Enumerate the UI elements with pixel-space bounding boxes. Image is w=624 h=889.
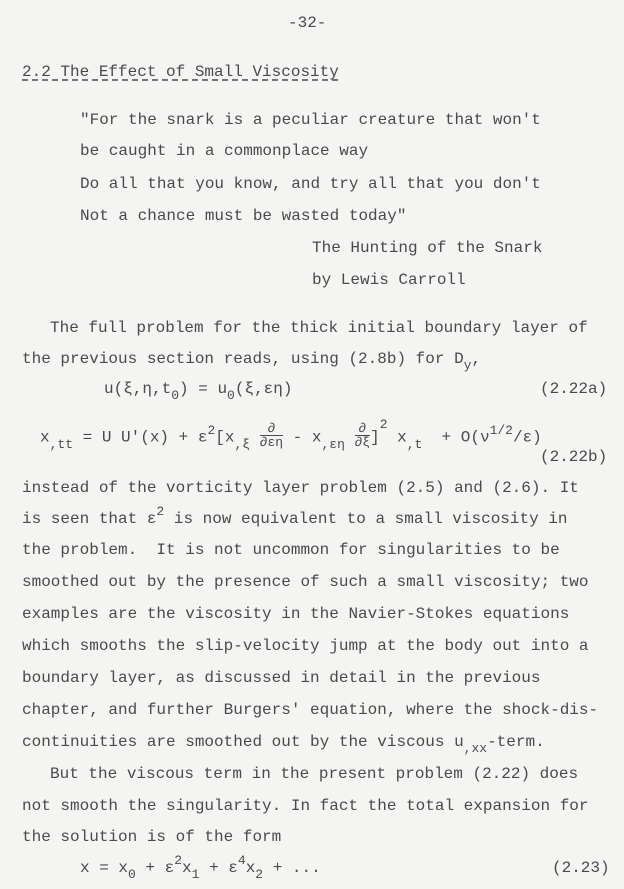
equation-body: x = x0 + ε2x1 + ε4x2 + ... xyxy=(80,858,321,878)
subscript: 0 xyxy=(171,388,179,403)
subscript: ,t xyxy=(407,437,423,452)
fraction-numerator: ∂ xyxy=(355,422,371,436)
text-span: continuities are smoothed out by the vis… xyxy=(22,733,464,751)
text-span: is seen that ε xyxy=(22,510,156,528)
epigraph-attribution-title: The Hunting of the Snark xyxy=(312,238,542,258)
eq-part: ) = u xyxy=(179,380,227,398)
text-line: The full problem for the thick initial b… xyxy=(50,318,588,338)
eq-part: + ε xyxy=(136,859,174,877)
subscript: ,xx xyxy=(464,741,487,756)
text-line: instead of the vorticity layer problem (… xyxy=(22,478,579,498)
subscript: ,εη xyxy=(321,437,344,452)
epigraph-attribution-author: by Lewis Carroll xyxy=(312,270,466,290)
document-page: -32- 2.2 The Effect of Small Viscosity "… xyxy=(0,0,624,889)
epigraph-line: Do all that you know, and try all that y… xyxy=(80,174,541,194)
subscript: ,ξ xyxy=(234,437,250,452)
page-number: -32- xyxy=(288,13,326,33)
superscript: 2 xyxy=(156,504,164,519)
eq-part: x xyxy=(182,859,192,877)
text-line: which smooths the slip-velocity jump at … xyxy=(22,636,589,656)
section-heading: 2.2 The Effect of Small Viscosity xyxy=(22,62,339,82)
eq-part: /ε) xyxy=(513,429,542,447)
epigraph-line: "For the snark is a peculiar creature th… xyxy=(80,110,541,130)
subscript: y xyxy=(464,358,472,373)
eq-part: + ... xyxy=(263,859,321,877)
equation-label: (2.23) xyxy=(552,858,610,878)
text-line: examples are the viscosity in the Navier… xyxy=(22,604,569,624)
subscript: 2 xyxy=(255,867,263,882)
fraction-denominator: ∂ξ xyxy=(355,436,371,449)
eq-part: (ξ,εη) xyxy=(235,380,293,398)
eq-part: x xyxy=(388,429,407,447)
equation-label: (2.22b) xyxy=(540,447,607,467)
fraction-numerator: ∂ xyxy=(260,422,283,436)
eq-part: x xyxy=(40,429,50,447)
text-line: continuities are smoothed out by the vis… xyxy=(22,732,545,752)
superscript: 2 xyxy=(207,423,215,438)
equation-body: u(ξ,η,t0) = u0(ξ,εη) xyxy=(104,379,292,399)
text-line: smoothed out by the presence of such a s… xyxy=(22,572,589,592)
text-line: But the viscous term in the present prob… xyxy=(50,764,578,784)
subscript: 0 xyxy=(227,388,235,403)
text-line: not smooth the singularity. In fact the … xyxy=(22,796,589,816)
eq-part: u(ξ,η,t xyxy=(104,380,171,398)
fraction: ∂∂εη xyxy=(260,422,283,449)
eq-part: + ε xyxy=(199,859,237,877)
fraction: ∂∂ξ xyxy=(355,422,371,449)
epigraph-line: be caught in a commonplace way xyxy=(80,141,368,161)
text-span: , xyxy=(471,350,481,368)
eq-part: - x xyxy=(283,429,321,447)
text-span: the previous section reads, using (2.8b)… xyxy=(22,350,464,368)
eq-part: ] xyxy=(370,429,380,447)
equation-label: (2.22a) xyxy=(540,379,607,399)
superscript: 2 xyxy=(174,853,182,868)
text-line: is seen that ε2 is now equivalent to a s… xyxy=(22,509,568,529)
superscript: 2 xyxy=(380,417,388,432)
eq-part: x xyxy=(246,859,256,877)
text-line: the previous section reads, using (2.8b)… xyxy=(22,349,481,369)
eq-part: = U U'(x) + ε xyxy=(73,429,207,447)
text-line: chapter, and further Burgers' equation, … xyxy=(22,700,598,720)
eq-part: [x xyxy=(215,429,234,447)
superscript: 4 xyxy=(238,853,246,868)
subscript: 1 xyxy=(192,867,200,882)
fraction-denominator: ∂εη xyxy=(260,436,283,449)
text-span: -term. xyxy=(487,733,545,751)
eq-part: + O(ν xyxy=(422,429,489,447)
text-line: boundary layer, as discussed in detail i… xyxy=(22,668,540,688)
eq-part: x = x xyxy=(80,859,128,877)
subscript: 0 xyxy=(128,867,136,882)
epigraph-line: Not a chance must be wasted today" xyxy=(80,206,406,226)
superscript: 1/2 xyxy=(490,423,513,438)
equation-body: x,tt = U U'(x) + ε2[x,ξ ∂∂εη - x,εη ∂∂ξ]… xyxy=(40,424,542,444)
text-line: the solution is of the form xyxy=(22,827,281,847)
text-span: is now equivalent to a small viscosity i… xyxy=(164,510,567,528)
text-line: the problem. It is not uncommon for sing… xyxy=(22,540,560,560)
subscript: ,tt xyxy=(50,437,73,452)
